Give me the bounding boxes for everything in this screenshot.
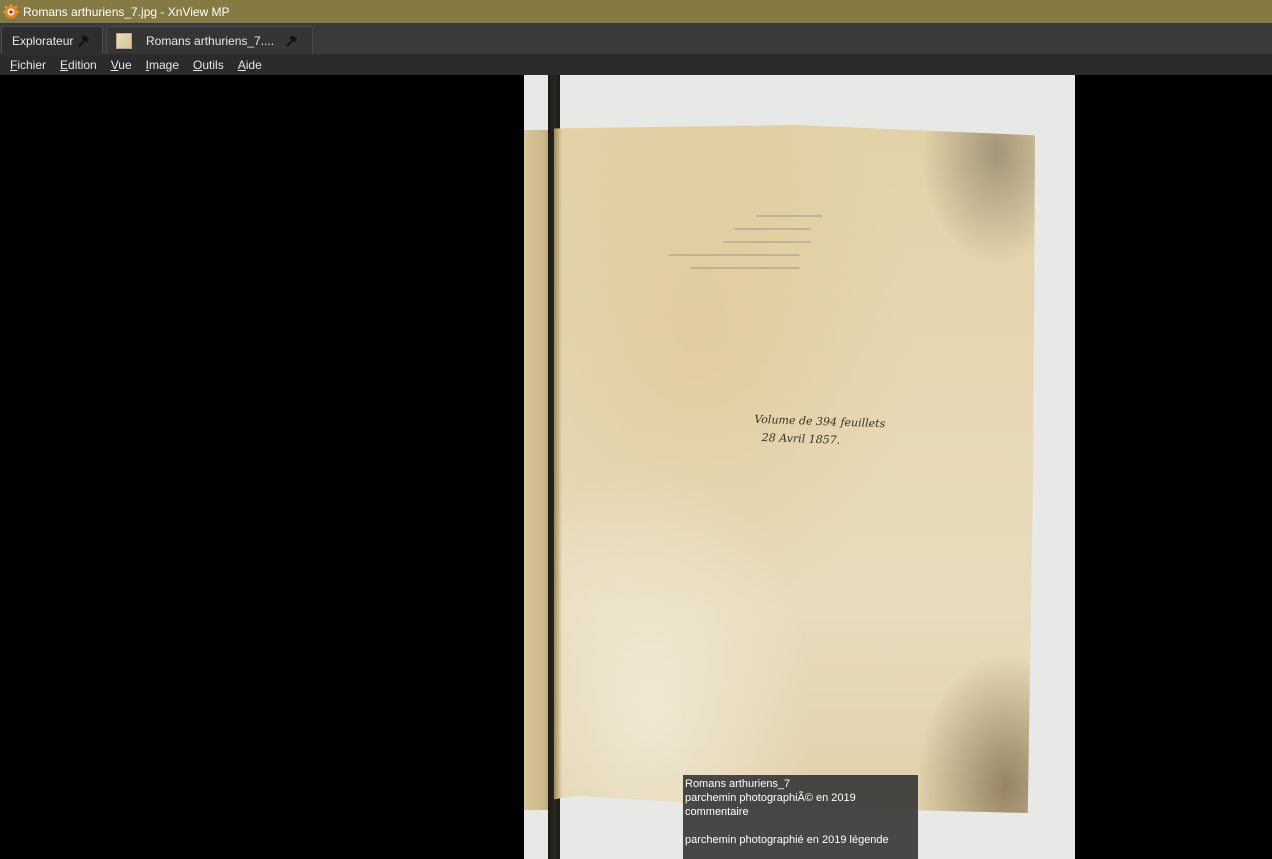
tab-label: Romans arthuriens_7....: [146, 34, 274, 48]
menu-label: mage: [149, 58, 179, 72]
image-viewer[interactable]: Volume de 394 feuillets 28 Avril 1857.: [0, 75, 1272, 859]
manuscript-photo: Volume de 394 feuillets 28 Avril 1857.: [524, 75, 1075, 859]
window-title: Romans arthuriens_7.jpg - XnView MP: [23, 5, 230, 19]
menu-accel: E: [60, 58, 68, 72]
image-thumbnail-icon: [116, 33, 132, 49]
pin-close-icon[interactable]: [76, 34, 90, 48]
faint-writing: [624, 215, 844, 305]
handwritten-note: Volume de 394 feuillets 28 Avril 1857.: [753, 411, 885, 452]
overlay-comment: parchemin photographiÃ© en 2019 commenta…: [685, 791, 916, 819]
menu-label: utils: [202, 58, 223, 72]
menu-label: ue: [118, 58, 131, 72]
overlay-filename: Romans arthuriens_7: [685, 777, 916, 791]
pin-close-icon[interactable]: [284, 34, 298, 48]
page-spine-shadow: [554, 125, 562, 813]
menu-bar: Fichier Edition Vue Image Outils Aide: [0, 54, 1272, 75]
menu-edition[interactable]: Edition: [60, 58, 97, 72]
menu-label: dition: [68, 58, 97, 72]
menu-label: ichier: [17, 58, 46, 72]
overlay-spacer: [685, 819, 916, 833]
tab-explorateur[interactable]: Explorateur: [1, 26, 103, 54]
xnview-logo-icon: [3, 4, 19, 20]
tab-image-romans-arthuriens[interactable]: Romans arthuriens_7....: [106, 26, 313, 54]
menu-accel: O: [193, 58, 202, 72]
menu-label: ide: [246, 58, 262, 72]
menu-vue[interactable]: Vue: [111, 58, 132, 72]
image-info-overlay: Romans arthuriens_7 parchemin photograph…: [683, 775, 918, 859]
menu-image[interactable]: Image: [146, 58, 179, 72]
menu-accel: A: [238, 58, 246, 72]
title-bar: Romans arthuriens_7.jpg - XnView MP: [0, 0, 1272, 23]
menu-fichier[interactable]: Fichier: [10, 58, 46, 72]
tab-label: Explorateur: [12, 34, 73, 48]
parchment-page: Volume de 394 feuillets 28 Avril 1857.: [554, 125, 1035, 813]
menu-outils[interactable]: Outils: [193, 58, 224, 72]
menu-aide[interactable]: Aide: [238, 58, 262, 72]
tab-bar: Explorateur Romans arthuriens_7....: [0, 23, 1272, 54]
overlay-caption: parchemin photographié en 2019 légende: [685, 833, 916, 847]
